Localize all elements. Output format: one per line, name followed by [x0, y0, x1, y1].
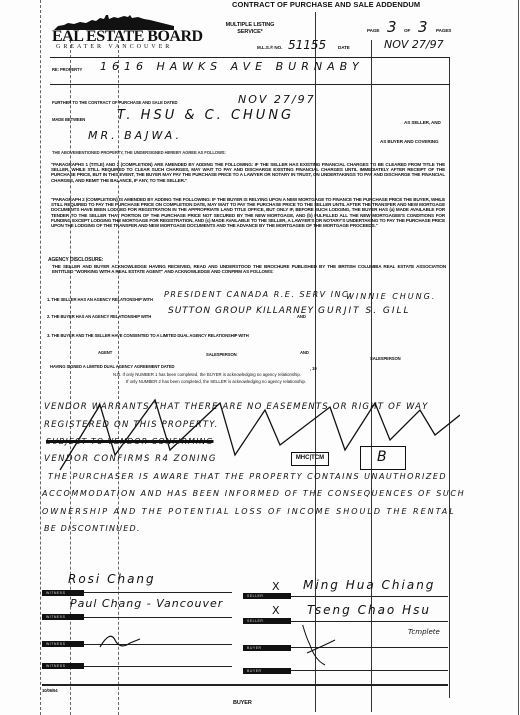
salesperson-caption-1: SALESPERSON: [206, 352, 237, 357]
initials-left: MHC: [296, 455, 310, 461]
page-label: PAGE: [367, 28, 379, 33]
witness-signature-1: Rosi Chang: [68, 572, 156, 586]
mls-number: 51155: [288, 38, 326, 52]
made-between-label: MADE BETWEEN: [52, 117, 85, 122]
right-border-line: [449, 58, 450, 698]
page-current: 3: [387, 18, 397, 36]
salesperson-caption-2: SALESPERSON: [370, 356, 401, 361]
footer-label: BUYER: [233, 700, 252, 706]
agency-item2-and: AND: [297, 314, 306, 319]
agency-note-1: N.B. If only NUMBER 1 has been completed…: [113, 372, 301, 377]
board-region: GREATER VANCOUVER: [56, 44, 172, 50]
witness-label-3: WITNESS: [42, 641, 84, 647]
page-of-label: OF: [404, 28, 410, 33]
agency-heading: AGENCY DISCLOSURE:: [48, 257, 103, 263]
witness-label-1: WITNESS: [42, 590, 84, 596]
initials-stamp: B: [377, 449, 387, 465]
term-line-6: ACCOMMODATION AND HAS BEEN INFORMED OF T…: [42, 489, 465, 498]
property-bottom-line: [50, 84, 450, 85]
agreement-line: THE ABOVEMENTIONED PROPERTY, THE UNDERSI…: [52, 150, 226, 155]
term-line-8: BE DISCONTINUED.: [44, 524, 141, 533]
margin-note: Tcmplete: [408, 628, 440, 636]
form-bottom-line: [42, 684, 448, 686]
term-line-7: OWNERSHIP AND THE POTENTIAL LOSS OF INCO…: [42, 507, 456, 516]
witness-label-2: WITNESS: [42, 614, 84, 620]
form-code: 10/06/94: [42, 688, 58, 693]
agency-item1-salesperson: WINNIE CHUNG.: [346, 292, 436, 301]
agency-item2-label: 2. THE BUYER HAS AN AGENCY RELATIONSHIP …: [47, 314, 151, 319]
agency-note-2: If only NUMBER 2 has been completed, the…: [126, 379, 306, 384]
term-line-1: VENDOR WARRANTS THAT THERE ARE NO EASEME…: [44, 402, 429, 412]
x-mark-1: X: [272, 580, 280, 593]
service-label: MULTIPLE LISTING SERVICE*: [220, 22, 280, 36]
date-value: NOV 27/97: [384, 38, 444, 51]
term-line-5: THE PURCHASER IS AWARE THAT THE PROPERTY…: [48, 472, 447, 481]
paragraph-completion-mortgage: "PARAGRAPH 2 (COMPLETION) IS AMENDED BY …: [51, 197, 445, 228]
property-label: RE: PROPERTY: [52, 67, 82, 72]
dual-agreement-year: , 19: [310, 366, 317, 371]
paragraph-title-completion: "PARAGRAPHS 1 (TITLE) AND 2 (COMPLETION)…: [51, 162, 445, 183]
left-margin-line: [40, 0, 41, 715]
seller-signature-1: Ming Hua Chiang: [303, 578, 435, 592]
and-caption: AND: [300, 350, 309, 355]
agency-intro: THE SELLER AND BUYER ACKNOWLEDGE HAVING …: [52, 264, 446, 274]
contract-dated-value: NOV 27/97: [238, 93, 316, 106]
witness-label-4: WITNESS: [42, 663, 84, 669]
term-line-4: VENDOR CONFIRMS R4 ZONING: [44, 454, 217, 464]
agency-item1-agent: PRESIDENT CANADA R.E. SERV INC.: [164, 290, 353, 299]
further-label: FURTHER TO THE CONTRACT OF PURCHASE AND …: [52, 100, 177, 105]
pages-label: PAGES: [436, 28, 451, 33]
as-buyer-label: AS BUYER AND COVERING: [380, 139, 438, 144]
term-line-2: REGISTERED ON THIS PROPERTY.: [44, 420, 219, 430]
agency-item2-salesperson: GURJIT S. GILL: [318, 306, 411, 316]
property-top-line: [50, 57, 450, 58]
page-edge-line: [518, 0, 519, 715]
initials-stamp-box: B: [360, 446, 406, 470]
form-title: CONTRACT OF PURCHASE AND SALE ADDENDUM: [232, 0, 420, 9]
buyer-name: MR. BAJWA.: [88, 129, 182, 142]
agency-item1-label: 1. THE SELLER HAS AN AGENCY RELATIONSHIP…: [47, 297, 153, 302]
witness-signature-2: Paul Chang - Vancouver: [70, 597, 223, 610]
seller-names: T. HSU & C. CHUNG: [117, 108, 294, 123]
mls-label: M.L.S.® NO.: [257, 45, 282, 50]
as-seller-label: AS SELLER, AND: [404, 120, 441, 125]
seller-label-2: SELLER: [243, 618, 291, 624]
initials-right: TCM: [311, 455, 324, 461]
dual-agreement-label: HAVING SIGNED A LIMITED DUAL AGENCY AGRE…: [50, 364, 175, 369]
buyer-label-2: BUYER: [243, 668, 291, 674]
property-value: 1616 HAWKS AVE BURNABY: [100, 60, 364, 73]
seller-signature-2: Tseng Chao Hsu: [307, 603, 431, 617]
x-mark-2: X: [272, 604, 280, 617]
agency-item3-label: 3. THE BUYER AND THE SELLER HAVE CONSENT…: [47, 333, 249, 338]
page-total: 3: [418, 18, 428, 36]
buyer-label-1: BUYER: [243, 645, 291, 651]
date-label: DATE: [338, 45, 350, 50]
agency-item2-agent: SUTTON GROUP KILLARNEY: [168, 306, 314, 316]
form-header: EAL ESTATE BOARD GREATER VANCOUVER CONTR…: [0, 0, 520, 60]
seller-label-1: SELLER: [243, 593, 291, 599]
agent-caption: AGENT: [98, 350, 112, 355]
initials-box: MHC|TCM: [291, 452, 329, 466]
term-line-3-struck: SUBJECT TO VENDOR CONFIRMING: [46, 437, 213, 446]
